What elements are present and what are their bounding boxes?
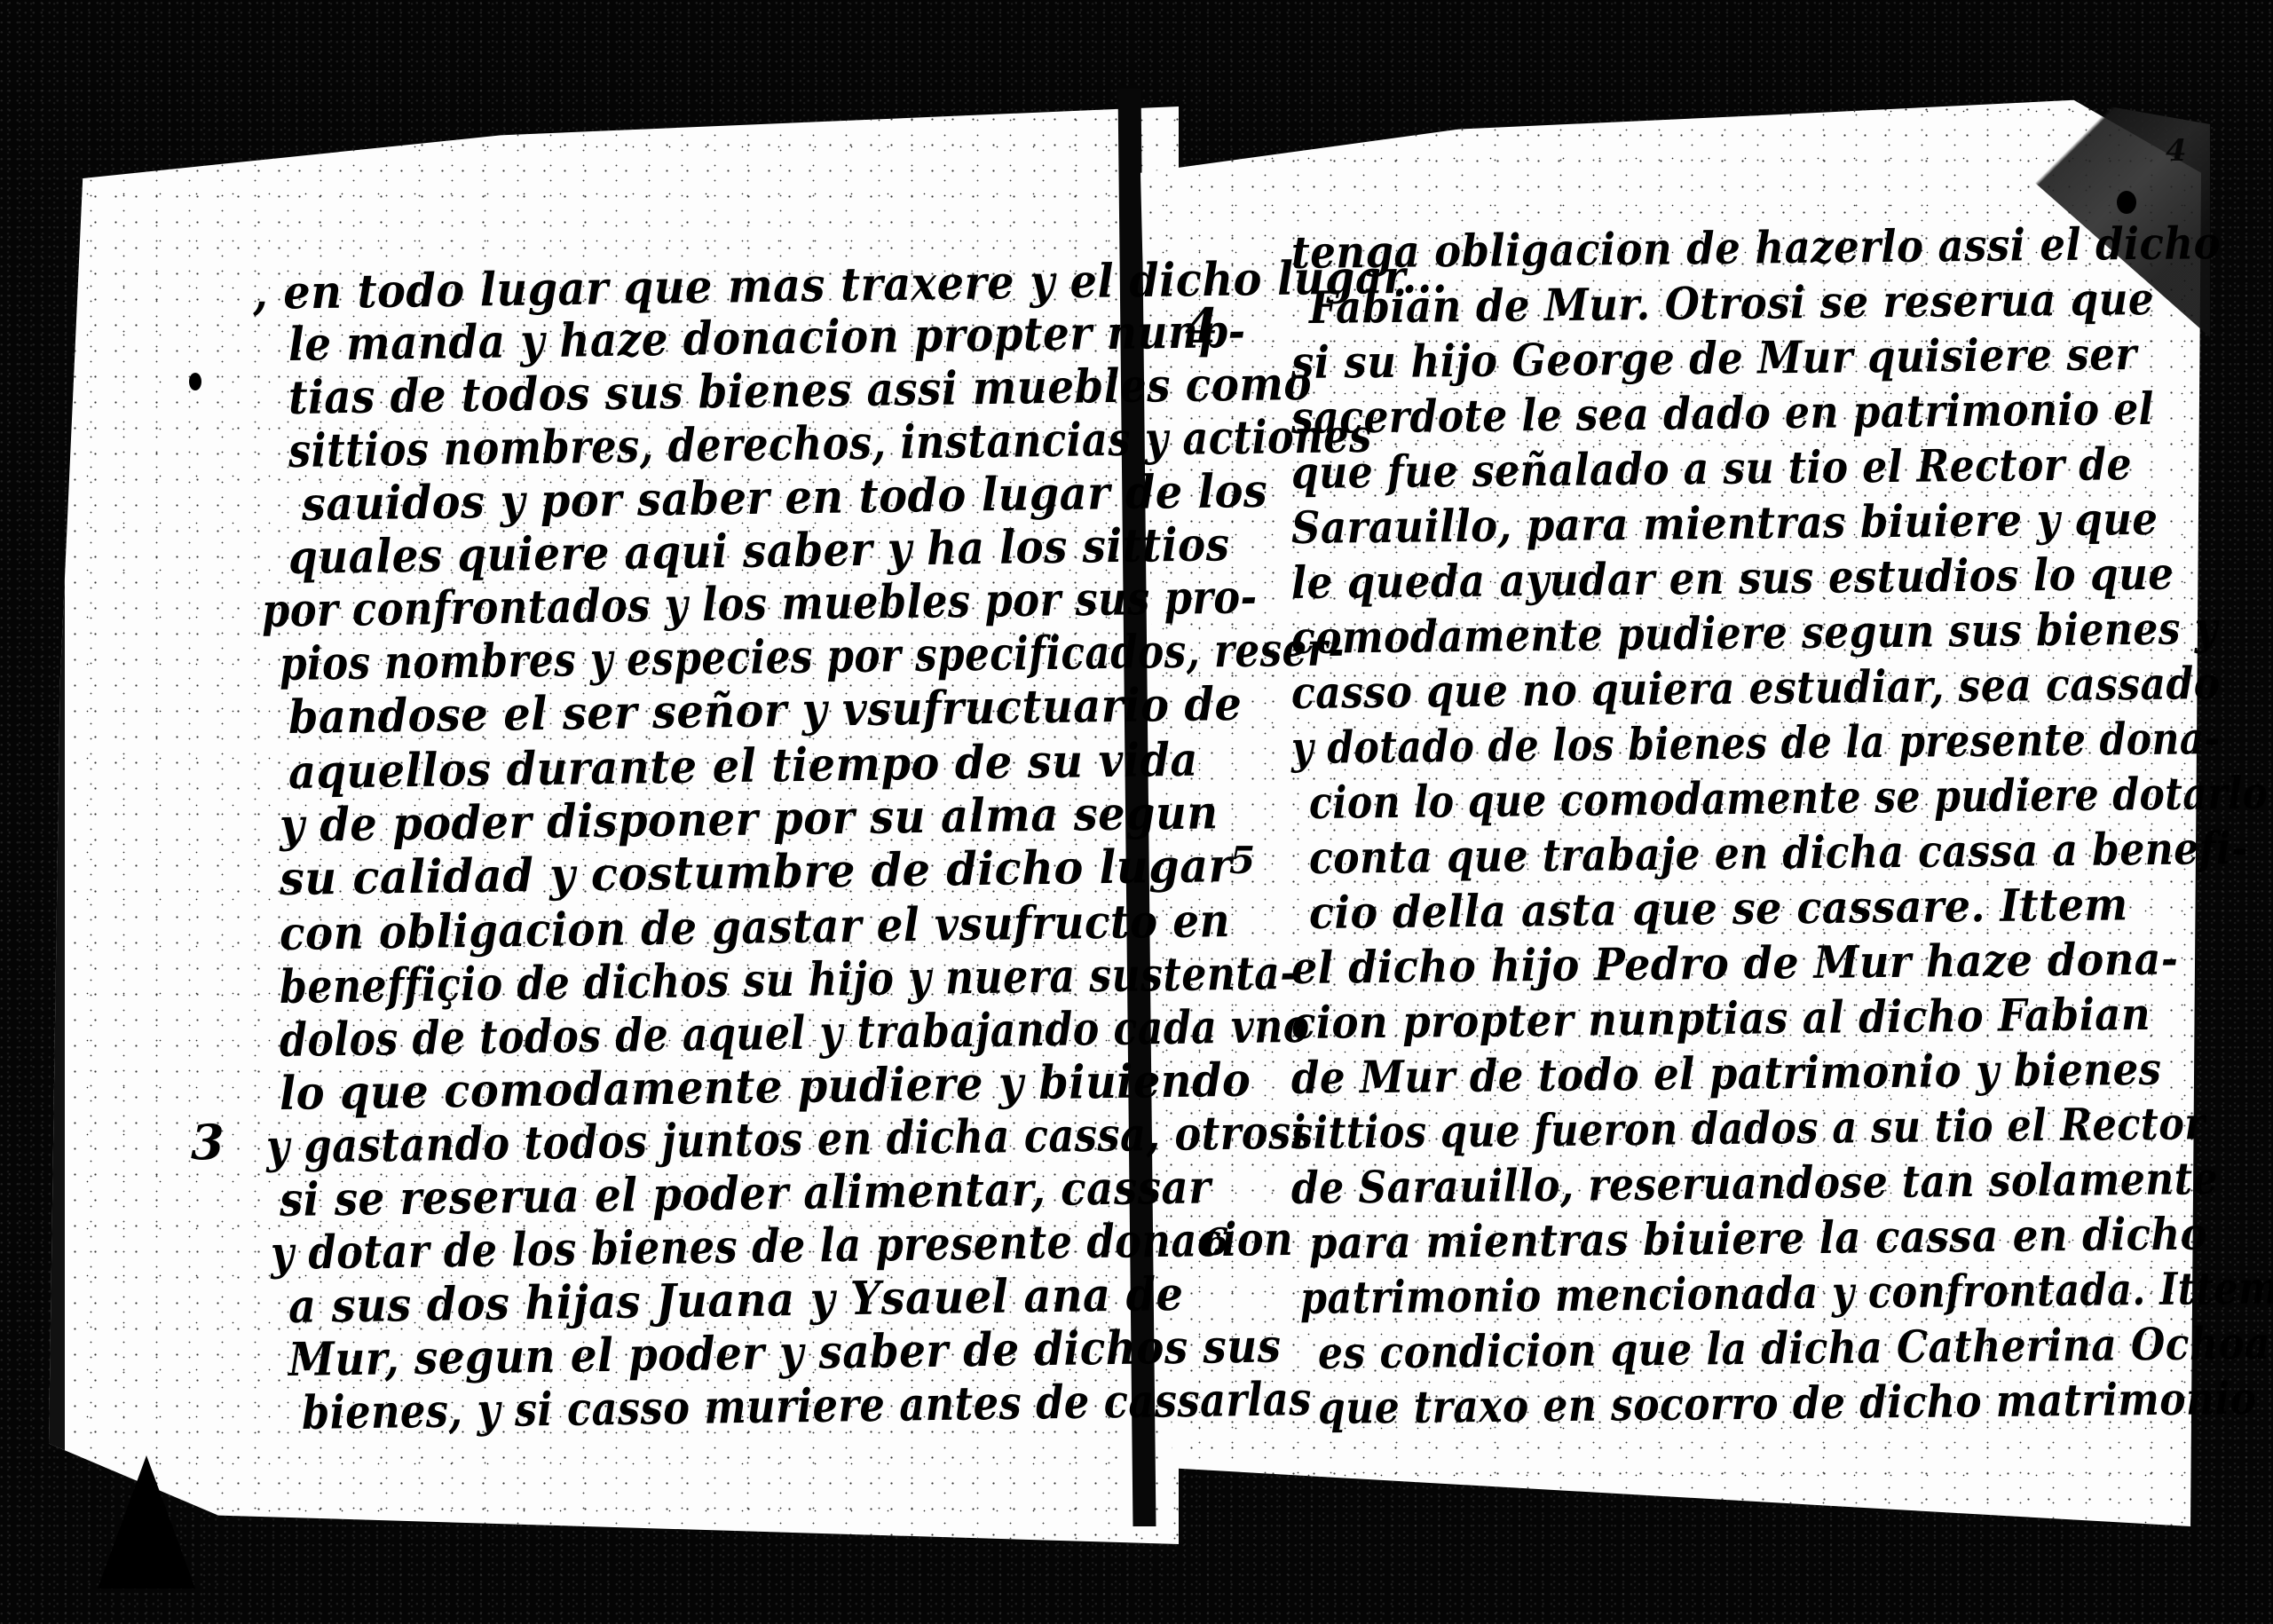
margin-item-number: 6	[1203, 1220, 1228, 1264]
manuscript-line: tenga obligacion de hazerlo assi el dich…	[1291, 217, 2222, 279]
manuscript-line: comodamente pudiere segun sus bienes y	[1291, 602, 2218, 664]
margin-item-number: 4	[1185, 297, 1219, 354]
manuscript-line: si su hijo George de Mur quisiere ser	[1291, 327, 2137, 389]
manuscript-line: patrimonio mencionada y confrontada. Itt…	[1300, 1261, 2273, 1324]
manuscript-line: Sarauillo, para mientras biuiere y que	[1291, 493, 2159, 554]
manuscript-line: le queda ayudar en sus estudios lo que	[1291, 548, 2174, 609]
folio-number: 4	[2166, 133, 2187, 169]
manuscript-line: que fue señalado a su tio el Rector de	[1291, 438, 2132, 499]
left-page-text: , en todo lugar que mas traxere y el dic…	[253, 266, 1149, 1438]
manuscript-line: de Sarauillo, reseruandose tan solamente	[1291, 1152, 2219, 1214]
manuscript-line: que traxo en socorro de dicho matrimonio	[1318, 1372, 2257, 1434]
manuscript-line: y dotado de los bienes de la presente do…	[1291, 712, 2221, 774]
right-page-text: tenga obligacion de hazerlo assi el dich…	[1291, 226, 2206, 1398]
manuscript-line: de Mur de todo el patrimonio y bienes	[1291, 1043, 2162, 1104]
manuscript-line: cion propter nunptias al dicho Fabian	[1291, 988, 2151, 1049]
manuscript-line: cio della asta que se cassare. Ittem	[1309, 878, 2128, 939]
margin-item-number: 5	[1229, 839, 1255, 882]
manuscript-line: sacerdote le sea dado en patrimonio el	[1291, 382, 2154, 444]
manuscript-line: casso que no quiera estudiar, sea cassad…	[1291, 657, 2221, 719]
manuscript-line: Fabian de Mur. Otrosi se reserua que	[1309, 272, 2155, 334]
margin-item-number: 3	[191, 1114, 225, 1171]
ink-blot	[2117, 191, 2136, 214]
manuscript-line: el dicho hijo Pedro de Mur haze dona-	[1291, 933, 2179, 994]
manuscript-line: conta que trabaje en dicha cassa a benef…	[1309, 822, 2248, 884]
manuscript-line: cion lo que comodamente se pudiere dotar…	[1309, 767, 2269, 829]
manuscript-line: sittios que fueron dados a su tio el Rec…	[1291, 1097, 2206, 1159]
binding-tab	[98, 1455, 195, 1589]
manuscript-line: para mientras biuiere la cassa en dicho	[1309, 1207, 2208, 1269]
manuscript-line: es condicion que la dicha Catherina Ocho…	[1318, 1317, 2271, 1379]
ink-blot	[189, 373, 201, 390]
